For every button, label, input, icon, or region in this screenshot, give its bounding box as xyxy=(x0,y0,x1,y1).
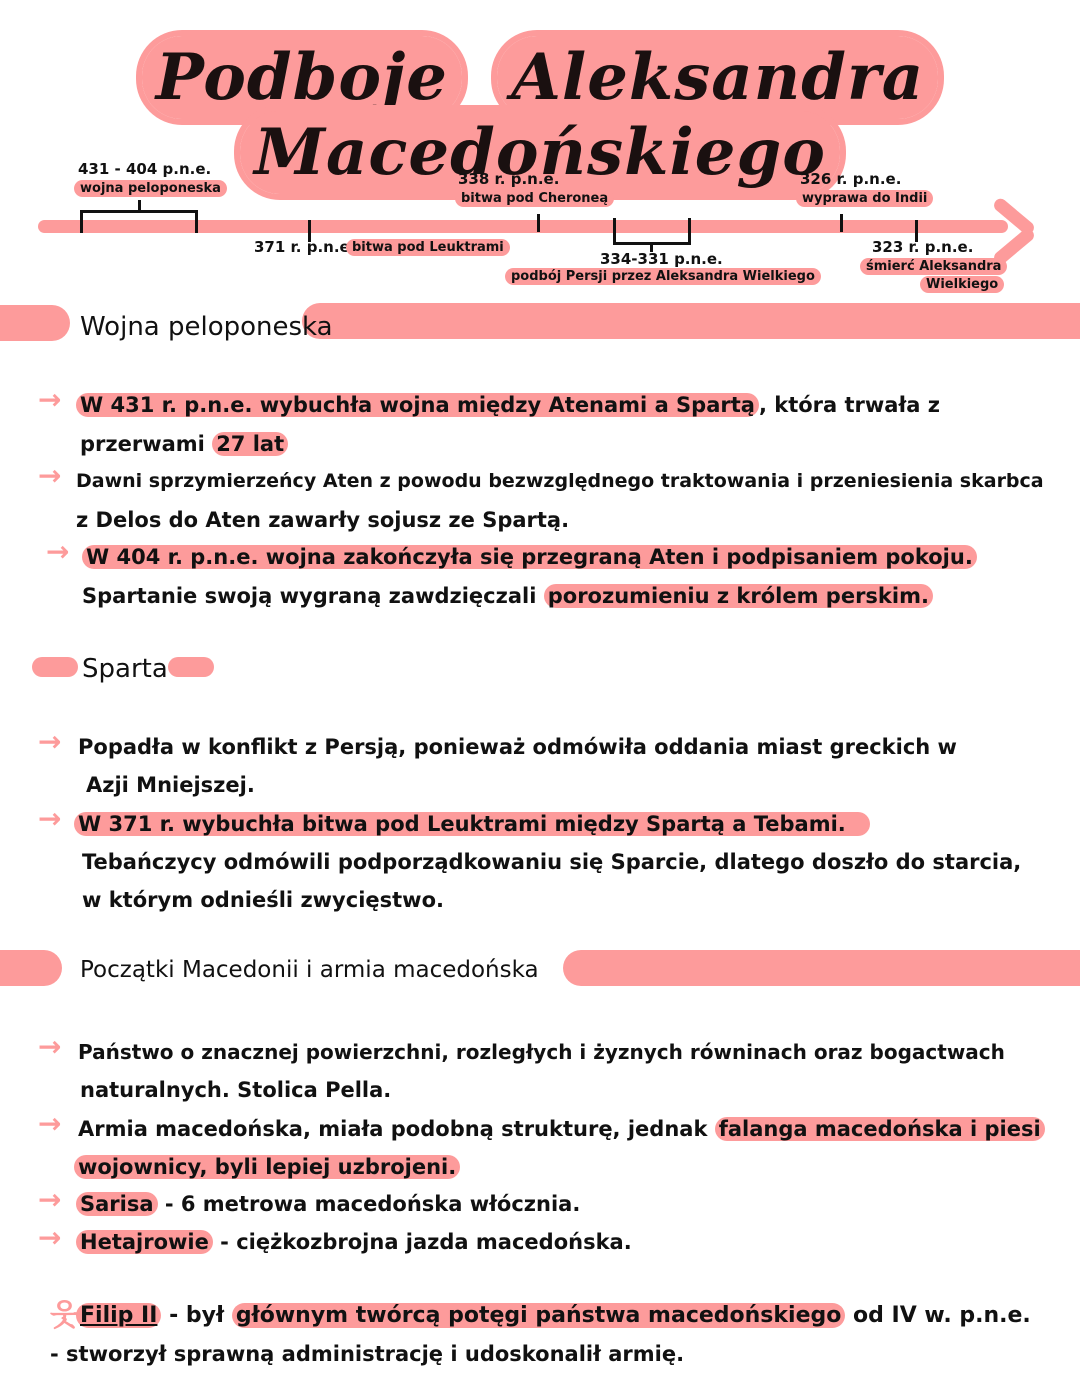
timeline-date: 326 r. p.n.e. xyxy=(800,170,901,188)
bullet-text: przerwami 27 lat xyxy=(80,432,288,457)
timeline-date: 334-331 p.n.e. xyxy=(600,250,723,268)
section-bar-right xyxy=(168,657,214,677)
filip-line-1: Filip II - był głównym twórcą potęgi pań… xyxy=(76,1303,1031,1329)
timeline-tick xyxy=(138,200,141,212)
timeline-tick xyxy=(537,214,540,232)
timeline-date: 431 - 404 p.n.e. xyxy=(78,160,211,178)
timeline-label: podbój Persji przez Aleksandra Wielkiego xyxy=(505,268,821,285)
section-bar-right xyxy=(563,950,1080,986)
timeline-label: wojna peloponeska xyxy=(74,180,227,197)
bullet-text: W 431 r. p.n.e. wybuchła wojna między At… xyxy=(76,393,940,418)
bullet-arrow-icon: → xyxy=(38,1110,61,1138)
bullet-arrow-icon: → xyxy=(46,538,69,566)
timeline-date: 323 r. p.n.e. xyxy=(872,238,973,256)
bullet-arrow-icon: → xyxy=(38,1186,61,1214)
bullet-text: W 404 r. p.n.e. wojna zakończyła się prz… xyxy=(82,545,977,570)
bullet-arrow-icon: → xyxy=(38,462,61,490)
title-word-1: Podboje xyxy=(142,36,462,119)
bullet-text: naturalnych. Stolica Pella. xyxy=(80,1078,391,1103)
bullet-text: Spartanie swoją wygraną zawdzięczali por… xyxy=(82,584,933,609)
bullet-arrow-icon: → xyxy=(38,728,61,756)
section-title-macedonia: Początki Macedonii i armia macedońska xyxy=(80,957,539,983)
bullet-arrow-icon: → xyxy=(38,1033,61,1061)
bullet-text: W 371 r. wybuchła bitwa pod Leuktrami mi… xyxy=(74,812,870,837)
bullet-text: Armia macedońska, miała podobną struktur… xyxy=(78,1117,1045,1142)
bullet-arrow-icon: → xyxy=(38,386,61,414)
timeline-label: śmierć Aleksandra xyxy=(860,258,1007,275)
filip-line-2: - stworzył sprawną administrację i udosk… xyxy=(50,1342,684,1367)
person-icon: 웃 xyxy=(50,1290,79,1334)
timeline-label: Wielkiego xyxy=(920,276,1004,293)
bullet-text: w którym odnieśli zwycięstwo. xyxy=(82,888,444,913)
bullet-text: wojownicy, byli lepiej uzbrojeni. xyxy=(74,1155,460,1180)
timeline-tick xyxy=(840,214,843,232)
section-bar-left xyxy=(0,305,70,341)
bullet-arrow-icon: → xyxy=(38,1224,61,1252)
section-bar-left xyxy=(0,950,62,986)
section-title-sparta: Sparta xyxy=(82,654,168,684)
bullet-text: Państwo o znacznej powierzchni, rozległy… xyxy=(78,1040,1005,1064)
bullet-text: Tebańczycy odmówili podporządkowaniu się… xyxy=(82,850,1021,875)
timeline-label: wyprawa do Indii xyxy=(796,190,933,207)
section-title-wojna: Wojna peloponeska xyxy=(80,312,333,342)
bullet-text: Azji Mniejszej. xyxy=(86,773,255,798)
bullet-text: Sarisa - 6 metrowa macedońska włócznia. xyxy=(76,1192,580,1217)
bullet-text: Dawni sprzymierzeńcy Aten z powodu bezwz… xyxy=(76,470,1044,493)
timeline-date: 338 r. p.n.e. xyxy=(458,170,559,188)
bullet-arrow-icon: → xyxy=(38,805,61,833)
bullet-text: z Delos do Aten zawarły sojusz ze Spartą… xyxy=(76,508,569,533)
timeline-date: 371 r. p.n.e. xyxy=(254,238,355,256)
section-bar-right xyxy=(302,303,1080,339)
section-bar-left xyxy=(32,657,78,677)
bullet-text: Popadła w konflikt z Persją, ponieważ od… xyxy=(78,735,957,760)
timeline-label: bitwa pod Cheroneą xyxy=(455,190,614,207)
title-word-2: Aleksandra xyxy=(497,36,938,119)
timeline-range-bracket xyxy=(80,210,198,233)
timeline-range-bracket xyxy=(613,218,691,245)
timeline-label: bitwa pod Leuktrami xyxy=(346,239,510,256)
bullet-text: Hetajrowie - ciężkozbrojna jazda macedoń… xyxy=(76,1230,632,1255)
